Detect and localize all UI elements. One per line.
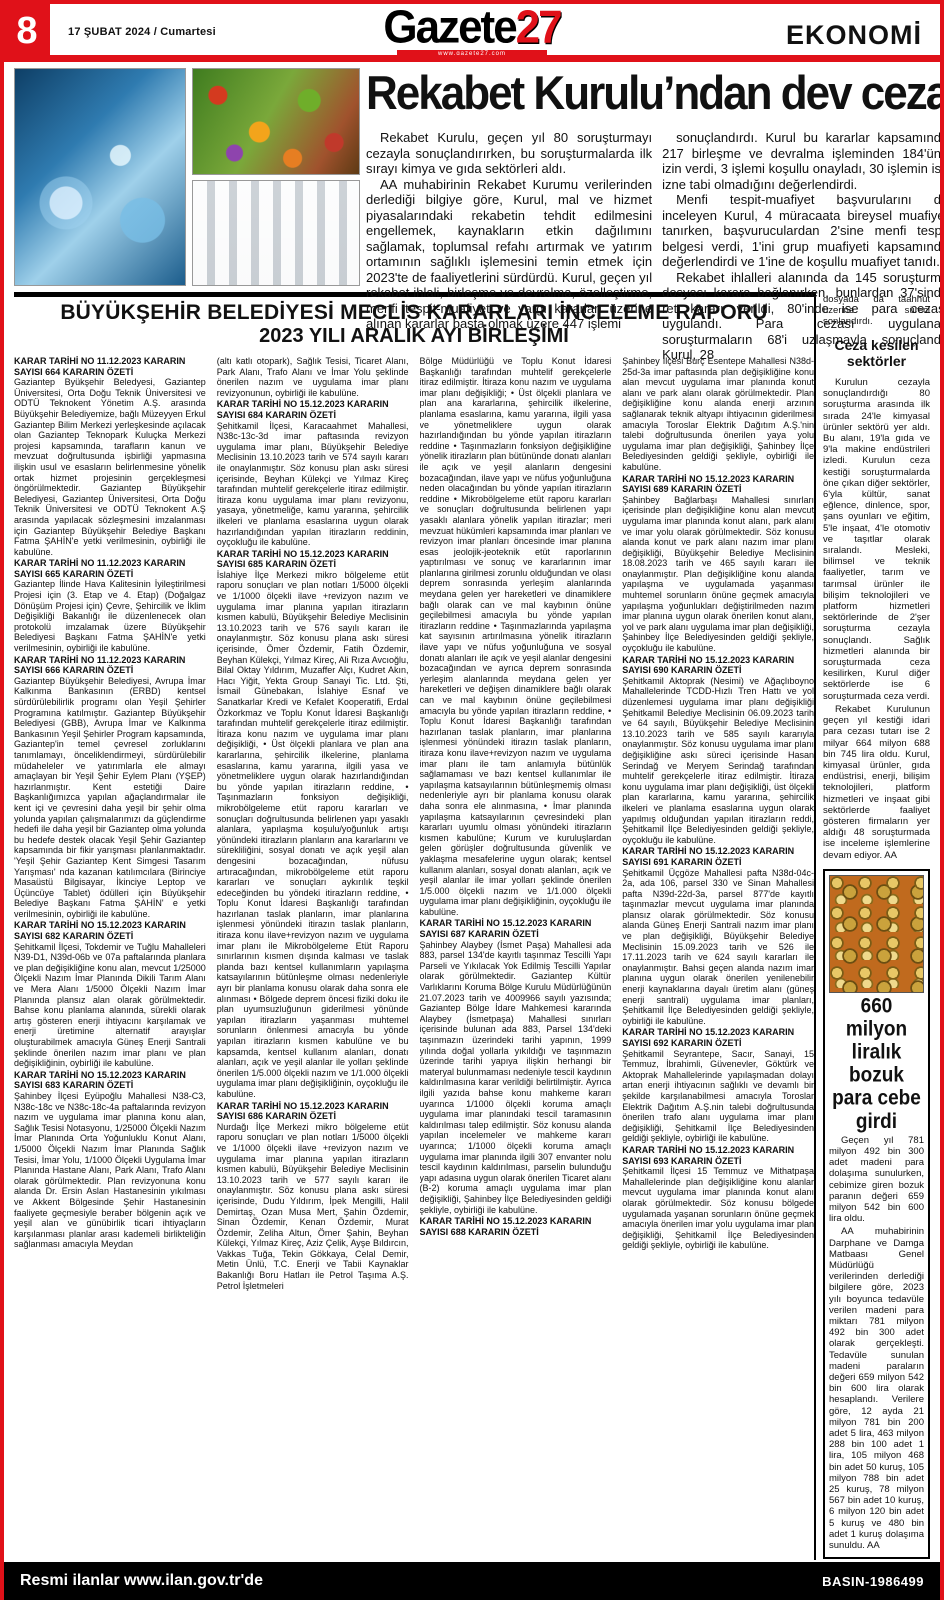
decision-body: Şehitkamil İlçesi, Karacaahmet Mahallesi… [217,421,409,548]
story-paragraph: AA muhabirinin Rekabet Kurumu verilerind… [366,177,652,332]
decision-body: Gaziantep İlinde Hava Kalitesinin İyileş… [14,579,206,653]
coins-article-box: 660 milyon liralık bozuk para cebe girdi… [823,869,930,1560]
decision-header: KARAR TARİHİ NO 15.12.2023 KARARIN SAYIS… [622,655,814,676]
main-content-row: BÜYÜKŞEHİR BELEDİYESİ MECLİS KARARLARI İ… [4,292,940,1560]
decision-header: KARAR TARİHİ NO 11.12.2023 KARARIN SAYIS… [14,356,206,377]
report-columns: KARAR TARİHİ NO 11.12.2023 KARARIN SAYIS… [14,356,814,1552]
masthead: 8 17 ŞUBAT 2024 / Cumartesi Gazete27 www… [4,0,940,62]
decision-header: KARAR TARİHİ NO 15.12.2023 KARARIN SAYIS… [622,1027,814,1048]
laboratory-photo [14,68,186,286]
decision-body: Şehitkamil İlçesi 15 Temmuz ve Mithatpaş… [622,1166,814,1251]
story-column-2: sonuçlandırdı. Kurul bu kararlar kapsamı… [662,130,944,363]
decision-body: Şehitkamil Seyrantepe, Sacır, Sanayi, 15… [622,1049,814,1144]
decision-body: Nurdağı İlçe Merkezi mikro bölgeleme etü… [217,1122,409,1292]
decision-header: KARAR TARİHİ NO 15.12.2023 KARARIN SAYIS… [622,474,814,495]
footer-official-ads-text: Resmi ilanlar www.ilan.gov.tr'de [20,1572,263,1590]
footer-press-number: BASIN-1986499 [822,1574,924,1589]
report-column-4: Şahinbey İlçesi Burç Esentepe Mahallesi … [622,356,814,1552]
decision-header: KARAR TARİHİ NO 15.12.2023 KARARIN SAYIS… [217,549,409,570]
decision-body: Şehitkamil Üçgöze Mahallesi pafta N38d-0… [622,868,814,1027]
logo-text-main: Gazete [383,2,515,53]
decision-body: İslahiye İlçe Merkezi mikro bölgeleme et… [217,570,409,1100]
decision-header: KARAR TARİHİ NO 15.12.2023 KARARIN SAYIS… [420,918,612,939]
decision-header: KARAR TARİHİ NO 11.12.2023 KARARIN SAYIS… [14,558,206,579]
decision-body: Şehitkamil Aktoprak (Nesimi) ve Ağaçlıbo… [622,676,814,846]
decision-header: KARAR TARİHİ NO 15.12.2023 KARARIN SAYIS… [420,1216,612,1237]
sidebar: dosyada da taahhüt üzerine süreci sonlan… [814,292,932,1560]
story-column-1: Rekabet Kurulu, geçen yıl 80 soruşturmay… [366,130,652,363]
report-column-3: Bölge Müdürlüğü ve Toplu Konut İdaresi B… [420,356,612,1552]
coins-photo [829,875,924,993]
top-story: Rekabet Kurulu’ndan dev ceza Rekabet Kur… [4,62,940,292]
story-paragraph: sonuçlandırdı. Kurul bu kararlar kapsamı… [662,130,944,192]
decision-header: KARAR TARİHİ NO 11.12.2023 KARARIN SAYIS… [14,655,206,676]
masthead-rule [4,55,940,62]
story-paragraph: Rekabet ihlalleri alanında da 145 soruşt… [662,270,944,363]
decision-body: Şehitkamil İlçesi, Tokdemir ve Tuğlu Mah… [14,942,206,1069]
decision-body: Gaziantep Byükşehir Beledyesi, Gaziantep… [14,377,206,557]
story-paragraph: Rekabet Kurulu, geçen yıl 80 soruşturmay… [366,130,652,177]
story-body: Rekabet Kurulu’ndan dev ceza Rekabet Kur… [366,68,944,292]
decision-body: Gaziantep Büyükşehir Belediyesi, Avrupa … [14,676,206,920]
coins-article-paragraph: AA muhabirinin Darphane ve Damga Matbaas… [829,1226,924,1551]
decision-body: Şahinbey İlçesi Eyüpoğlu Mahallesi N38-C… [14,1091,206,1250]
newspaper-page: 8 17 ŞUBAT 2024 / Cumartesi Gazete27 www… [0,0,944,1600]
report-column-2: (altı katlı otopark), Sağlık Tesisi, Tic… [217,356,409,1552]
decision-body: Şahinbey İlçesi Burç Esentepe Mahallesi … [622,356,814,473]
decision-header: KARAR TARİHİ NO 15.12.2023 KARARIN SAYIS… [217,1101,409,1122]
sidebar-paragraph: Rekabet Kurulunun geçen yıl kestiği idar… [823,704,930,861]
sidebar-paragraph: Kurulun cezayla sonuçlandırdığı 80 soruş… [823,377,930,702]
decision-body: Şahinbey Bağlarbaşı Mahallesi sınırları … [622,495,814,654]
dairy-bottles-photo [192,180,360,286]
decision-header: KARAR TARİHİ NO 15.12.2023 KARARIN SAYIS… [217,399,409,420]
story-paragraph: Menfi tespit-muafiyet başvurularını da i… [662,192,944,270]
story-photo-column [192,68,360,292]
decision-header: KARAR TARİHİ NO 15.12.2023 KARARIN SAYIS… [14,1070,206,1091]
decision-header: KARAR TARİHİ NO 15.12.2023 KARARIN SAYIS… [14,920,206,941]
decision-header: KARAR TARİHİ NO 15.12.2023 KARARIN SAYIS… [622,1145,814,1166]
section-title: EKONOMİ [786,20,922,51]
coins-article-paragraph: Geçen yıl 781 milyon 492 bin 300 adet ma… [829,1135,924,1225]
decision-header: KARAR TARİHİ NO 15.12.2023 KARARIN SAYIS… [622,846,814,867]
report-column-1: KARAR TARİHİ NO 11.12.2023 KARARIN SAYIS… [14,356,206,1552]
coins-article-headline: 660 milyon liralık bozuk para cebe girdi [829,994,924,1133]
decision-body: Bölge Müdürlüğü ve Toplu Konut İdaresi B… [420,356,612,917]
footer-bar: Resmi ilanlar www.ilan.gov.tr'de BASIN-1… [4,1562,940,1600]
story-headline: Rekabet Kurulu’ndan dev ceza [366,68,944,120]
logo-text-number: 27 [516,2,561,53]
decision-body: Şahinbey Alaybey (İsmet Paşa) Mahallesi … [420,940,612,1215]
produce-market-photo [192,68,360,175]
council-report: BÜYÜKŞEHİR BELEDİYESİ MECLİS KARARLARI İ… [14,292,814,1560]
